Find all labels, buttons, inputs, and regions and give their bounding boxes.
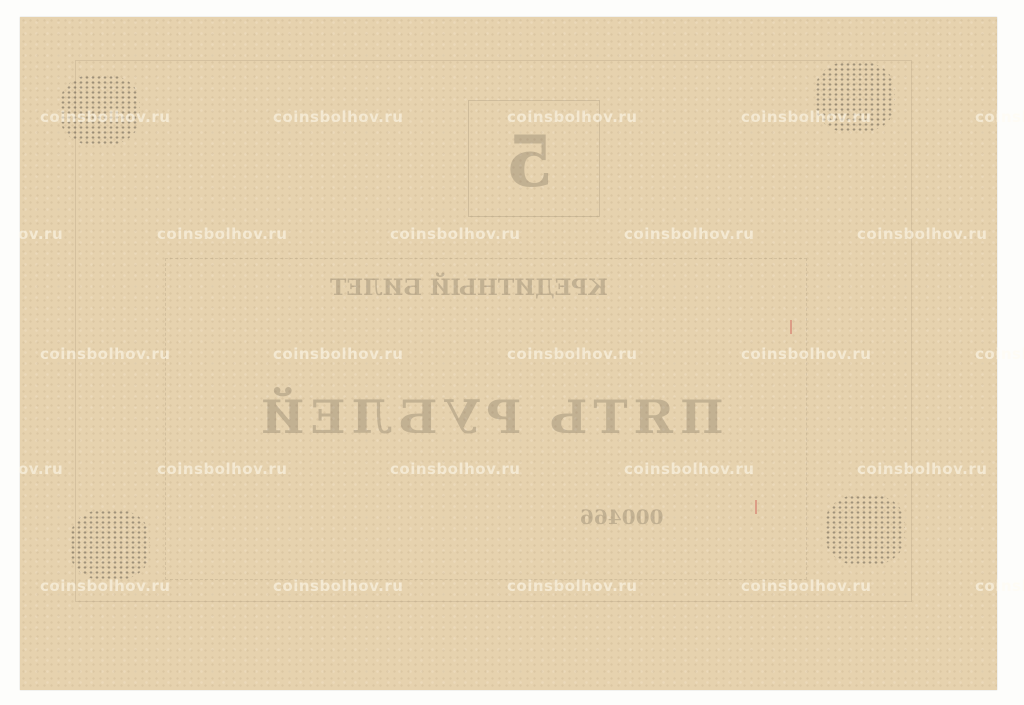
- watermark-text: coinsbolhov.ru: [741, 577, 871, 595]
- corner-stamp-bottom-left: [70, 510, 150, 580]
- watermark-text: coinsbolhov.ru: [857, 460, 987, 478]
- ghost-denomination: ПЯТЬ РУБЛЕЙ: [255, 390, 724, 444]
- watermark-text: coinsbolhov.ru: [975, 345, 1024, 363]
- watermark-text: coinsbolhov.ru: [975, 108, 1024, 126]
- watermark-text: coinsbolhov.ru: [390, 460, 520, 478]
- red-fiber: [755, 500, 757, 514]
- watermark-text: coinsbolhov.ru: [157, 460, 287, 478]
- watermark-text: coinsbolhov.ru: [157, 225, 287, 243]
- watermark-text: coinsbolhov.ru: [624, 225, 754, 243]
- watermark-text: ov.ru: [18, 225, 63, 243]
- watermark-text: coinsbolhov.ru: [857, 225, 987, 243]
- watermark-text: coinsbolhov.ru: [40, 108, 170, 126]
- ghost-serial: 000466: [580, 505, 664, 529]
- watermark-text: coinsbolhov.ru: [624, 460, 754, 478]
- watermark-text: coinsbolhov.ru: [273, 345, 403, 363]
- watermark-text: coinsbolhov.ru: [741, 108, 871, 126]
- watermark-text: ov.ru: [18, 460, 63, 478]
- watermark-text: coinsbolhov.ru: [507, 577, 637, 595]
- watermark-text: coinsbolhov.ru: [741, 345, 871, 363]
- corner-stamp-bottom-right: [825, 495, 905, 565]
- watermark-text: coinsbolhov.ru: [507, 345, 637, 363]
- watermark-text: coinsbolhov.ru: [40, 345, 170, 363]
- watermark-text: coinsbolhov.ru: [273, 577, 403, 595]
- watermark-text: coinsbolhov.ru: [390, 225, 520, 243]
- red-fiber: [790, 320, 792, 334]
- watermark-text: coinsbolhov.ru: [40, 577, 170, 595]
- watermark-text: coinsbolhov.ru: [273, 108, 403, 126]
- ghost-heading: КРЕДИТНЫЙ БИЛЕТ: [330, 275, 608, 301]
- watermark-text: coinsbolhov.ru: [507, 108, 637, 126]
- watermark-text: coinsbolhov.ru: [975, 577, 1024, 595]
- ghost-numeral: 5: [505, 120, 554, 203]
